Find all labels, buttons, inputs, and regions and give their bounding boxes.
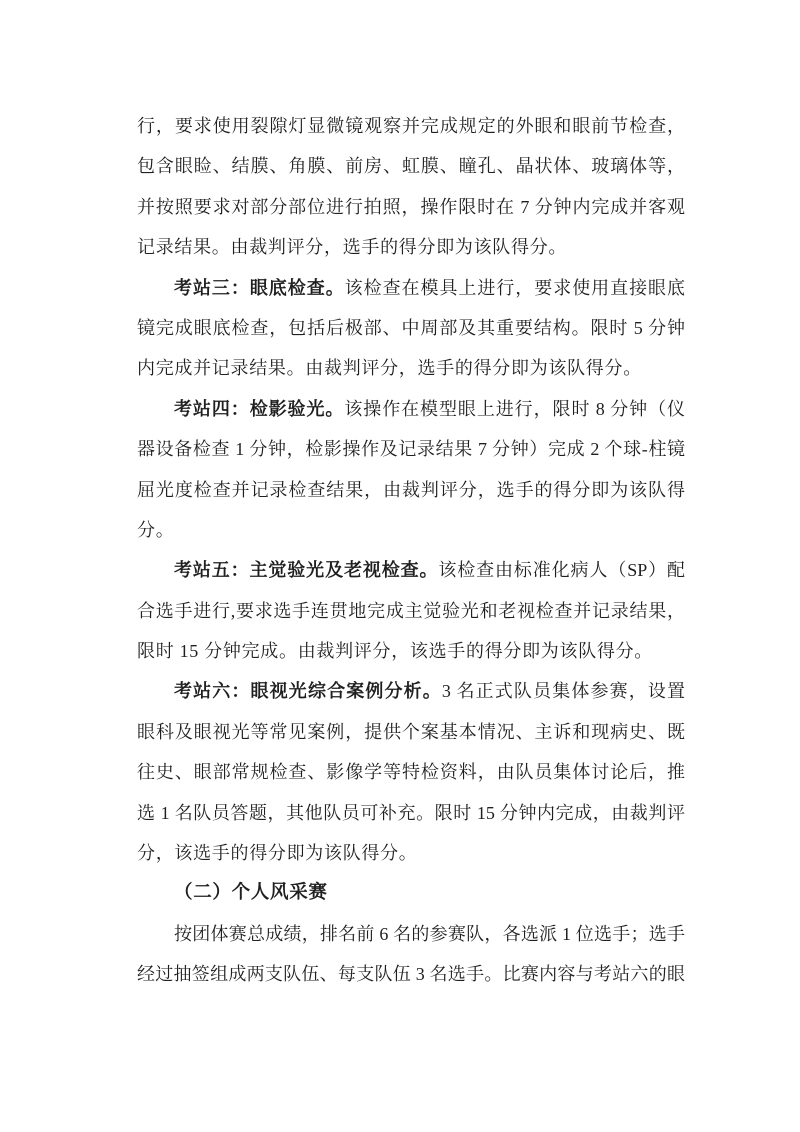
body-text: 合选手进行,要求选手连贯地完成主觉验光和老视检查并记录结果，: [137, 601, 685, 621]
text-block: 行，要求使用裂隙灯显微镜观察并完成规定的外眼和眼前节检查，包含眼睑、结膜、角膜、…: [137, 106, 685, 995]
text-line: 分。: [137, 510, 685, 550]
text-line: 镜完成眼底检查，包括后极部、中周部及其重要结构。限时 5 分钟: [137, 308, 685, 348]
text-line: 按团体赛总成绩，排名前 6 名的参赛队，各选派 1 位选手；选手: [137, 914, 685, 954]
bold-text: 考站三：眼底检查。: [174, 278, 345, 298]
body-text: 记录结果。由裁判评分，选手的得分即为该队得分。: [137, 237, 567, 257]
station-4-paragraph: 考站四：检影验光。该操作在模型眼上进行，限时 8 分钟（仪器设备检查 1 分钟，…: [137, 389, 685, 551]
body-text: 限时 15 分钟完成。由裁判评分，该选手的得分即为该队得分。: [137, 641, 653, 661]
body-text: 3 名正式队员集体参赛，设置: [442, 681, 685, 701]
text-line: 分，该选手的得分即为该队得分。: [137, 833, 685, 873]
text-line: 行，要求使用裂隙灯显微镜观察并完成规定的外眼和眼前节检查，: [137, 106, 685, 146]
text-line: 经过抽签组成两支队伍、每支队伍 3 名选手。比赛内容与考站六的眼: [137, 954, 685, 994]
text-line: 内完成并记录结果。由裁判评分，选手的得分即为该队得分。: [137, 348, 685, 388]
text-line: 器设备检查 1 分钟，检影操作及记录结果 7 分钟）完成 2 个球-柱镜: [137, 429, 685, 469]
body-text: 内完成并记录结果。由裁判评分，选手的得分即为该队得分。: [137, 358, 642, 378]
body-text: 分，该选手的得分即为该队得分。: [137, 843, 418, 863]
document-page: 行，要求使用裂隙灯显微镜观察并完成规定的外眼和眼前节检查，包含眼睑、结膜、角膜、…: [0, 0, 800, 1132]
text-line: 眼科及眼视光等常见案例，提供个案基本情况、主诉和现病史、既: [137, 712, 685, 752]
body-text: 眼科及眼视光等常见案例，提供个案基本情况、主诉和现病史、既: [137, 722, 685, 742]
text-line: 往史、眼部常规检查、影像学等特检资料，由队员集体讨论后，推: [137, 752, 685, 792]
text-line: 考站六：眼视光综合案例分析。3 名正式队员集体参赛，设置: [137, 671, 685, 711]
text-line: 选 1 名队员答题，其他队员可补充。限时 15 分钟内完成，由裁判评: [137, 793, 685, 833]
body-text: 该检查由标准化病人（SP）配: [438, 560, 685, 580]
paragraph-continuation: 行，要求使用裂隙灯显微镜观察并完成规定的外眼和眼前节检查，包含眼睑、结膜、角膜、…: [137, 106, 685, 268]
body-text: 分。: [137, 520, 174, 540]
body-text: 器设备检查 1 分钟，检影操作及记录结果 7 分钟）完成 2 个球-柱镜: [137, 439, 685, 459]
station-6-paragraph: 考站六：眼视光综合案例分析。3 名正式队员集体参赛，设置眼科及眼视光等常见案例，…: [137, 671, 685, 873]
body-text: 并按照要求对部分部位进行拍照，操作限时在 7 分钟内完成并客观: [137, 197, 685, 217]
body-text: 按团体赛总成绩，排名前 6 名的参赛队，各选派 1 位选手；选手: [174, 924, 685, 944]
station-3-paragraph: 考站三：眼底检查。该检查在模具上进行，要求使用直接眼底镜完成眼底检查，包括后极部…: [137, 268, 685, 389]
text-line: 考站四：检影验光。该操作在模型眼上进行，限时 8 分钟（仪: [137, 389, 685, 429]
body-text: 往史、眼部常规检查、影像学等特检资料，由队员集体讨论后，推: [137, 762, 685, 782]
body-text: 该检查在模具上进行，要求使用直接眼底: [345, 278, 685, 298]
bold-text: 考站四：检影验光。: [174, 399, 344, 419]
heading-line: （二）个人风采赛: [137, 873, 685, 913]
text-line: 限时 15 分钟完成。由裁判评分，该选手的得分即为该队得分。: [137, 631, 685, 671]
body-text: 经过抽签组成两支队伍、每支队伍 3 名选手。比赛内容与考站六的眼: [137, 964, 685, 984]
text-line: 考站三：眼底检查。该检查在模具上进行，要求使用直接眼底: [137, 268, 685, 308]
text-line: 考站五：主觉验光及老视检查。该检查由标准化病人（SP）配: [137, 550, 685, 590]
text-line: 并按照要求对部分部位进行拍照，操作限时在 7 分钟内完成并客观: [137, 187, 685, 227]
text-line: 屈光度检查并记录检查结果，由裁判评分，选手的得分即为该队得: [137, 470, 685, 510]
bold-text: （二）个人风采赛: [174, 883, 328, 903]
bold-text: 考站六：眼视光综合案例分析。: [174, 681, 442, 701]
body-text: 该操作在模型眼上进行，限时 8 分钟（仪: [344, 399, 685, 419]
text-line: 包含眼睑、结膜、角膜、前房、虹膜、瞳孔、晶状体、玻璃体等，: [137, 146, 685, 186]
bold-text: 考站五：主觉验光及老视检查。: [174, 560, 438, 580]
body-text: 屈光度检查并记录检查结果，由裁判评分，选手的得分即为该队得: [137, 480, 685, 500]
body-text: 行，要求使用裂隙灯显微镜观察并完成规定的外眼和眼前节检查，: [137, 116, 685, 136]
text-line: 记录结果。由裁判评分，选手的得分即为该队得分。: [137, 227, 685, 267]
individual-competition-paragraph: 按团体赛总成绩，排名前 6 名的参赛队，各选派 1 位选手；选手经过抽签组成两支…: [137, 914, 685, 995]
section-heading-individual-competition: （二）个人风采赛: [137, 873, 685, 913]
body-text: 选 1 名队员答题，其他队员可补充。限时 15 分钟内完成，由裁判评: [137, 803, 685, 823]
station-5-paragraph: 考站五：主觉验光及老视检查。该检查由标准化病人（SP）配合选手进行,要求选手连贯…: [137, 550, 685, 671]
body-text: 镜完成眼底检查，包括后极部、中周部及其重要结构。限时 5 分钟: [137, 318, 685, 338]
body-text: 包含眼睑、结膜、角膜、前房、虹膜、瞳孔、晶状体、玻璃体等，: [137, 156, 685, 176]
text-line: 合选手进行,要求选手连贯地完成主觉验光和老视检查并记录结果，: [137, 591, 685, 631]
